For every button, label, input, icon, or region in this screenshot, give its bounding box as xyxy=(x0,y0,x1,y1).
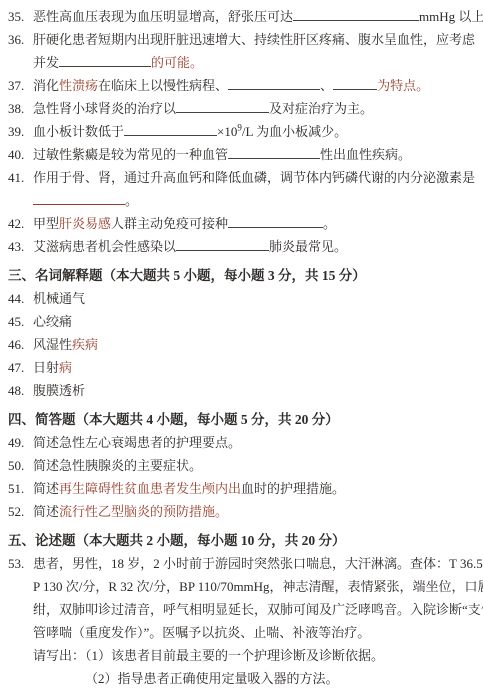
question-line: 36.肝硬化患者短期内出现肝脏迅速增大、持续性肝区疼痛、腹水呈血性，应考虑 xyxy=(0,28,483,51)
question-number: 37. xyxy=(8,74,33,97)
text-segment: 简述 xyxy=(33,481,59,496)
blank-field xyxy=(228,77,320,90)
question-number: 52. xyxy=(8,500,33,523)
blank-field xyxy=(176,238,269,251)
question-line: 并发的可能。 xyxy=(0,51,483,74)
question-number: 42. xyxy=(8,212,33,235)
text-segment: 过敏性紫癜是较为常见的一种血管 xyxy=(33,147,228,162)
question-number: 45. xyxy=(8,310,33,333)
text-segment: 心绞痛 xyxy=(33,314,72,329)
question-line: 37.消化性溃疡在临床上以慢性病程、、为特点。 xyxy=(0,74,483,97)
text-segment: P 130 次/分，R 32 次/分，BP 110/70mmHg，神志清醒，表情… xyxy=(33,579,483,594)
text-segment: 再生障碍性贫血患者发生颅内出 xyxy=(59,481,241,496)
blank-field xyxy=(124,123,217,136)
section-header: 五、论述题（本大题共 2 小题，每小题 10 分，共 20 分） xyxy=(0,529,483,552)
text-segment: 的可能。 xyxy=(151,55,203,70)
question-line: 绀，双肺叩诊过清音，呼气相明显延长，双肺可闻及广泛哮鸣音。入院诊断“支气 xyxy=(0,598,483,621)
blank-field xyxy=(33,192,125,205)
text-segment: 请写出：（1）该患者目前最主要的一个护理诊断及诊断依据。 xyxy=(33,648,384,663)
blank-field xyxy=(59,54,151,67)
question-number: 49. xyxy=(8,431,33,454)
blank-field xyxy=(228,215,323,228)
question-line: 50.简述急性胰腺炎的主要症状。 xyxy=(0,454,483,477)
text-segment: 恶性高血压表现为血压明显增高，舒张压可达 xyxy=(33,9,293,24)
text-segment: 日射 xyxy=(33,360,59,375)
text-segment: 甲型 xyxy=(33,216,59,231)
text-segment: 。 xyxy=(323,216,336,231)
question-line: 45.心绞痛 xyxy=(0,310,483,333)
text-segment: 腹膜透析 xyxy=(33,383,85,398)
text-segment: 机械通气 xyxy=(33,291,85,306)
text-segment: 肺炎最常见。 xyxy=(269,239,347,254)
blank-field xyxy=(228,146,320,159)
question-line: 47.日射病 xyxy=(0,356,483,379)
blank-field xyxy=(293,8,419,21)
question-number: 36. xyxy=(8,28,33,51)
text-segment: 简述急性左心衰竭患者的护理要点。 xyxy=(33,435,241,450)
text-segment: 简述急性胰腺炎的主要症状。 xyxy=(33,458,202,473)
text-segment: 作用于骨、肾，通过升高血钙和降低血磷，调节体内钙磷代谢的内分泌激素是 xyxy=(33,170,475,185)
section-header: 四、简答题（本大题共 4 小题，每小题 5 分，共 20 分） xyxy=(0,408,483,431)
question-line: 35.恶性高血压表现为血压明显增高，舒张压可达mmHg 以上。 xyxy=(0,5,483,28)
text-segment: 性溃疡 xyxy=(59,78,98,93)
text-segment: 急性肾小球肾炎的治疗以 xyxy=(33,101,176,116)
question-line: 53.患者，男性，18 岁，2 小时前于游园时突然张口喘息，大汗淋漓。查体：T … xyxy=(0,552,483,575)
text-segment: 患者，男性，18 岁，2 小时前于游园时突然张口喘息，大汗淋漓。查体：T 36.… xyxy=(33,556,483,571)
question-line: （2）指导患者正确使用定量吸入器的方法。 xyxy=(0,667,483,690)
text-segment: 简述 xyxy=(33,504,59,519)
question-number: 50. xyxy=(8,454,33,477)
question-number: 41. xyxy=(8,166,33,189)
question-number: 39. xyxy=(8,120,33,143)
text-segment: ×10 xyxy=(217,124,237,139)
question-number: 53. xyxy=(8,552,33,575)
text-segment: 肝硬化患者短期内出现肝脏迅速增大、持续性肝区疼痛、腹水呈血性，应考虑 xyxy=(33,32,475,47)
text-segment: 人群主动免疫可接种 xyxy=(111,216,228,231)
question-number: 47. xyxy=(8,356,33,379)
text-segment: 消化 xyxy=(33,78,59,93)
text-segment: 、 xyxy=(320,78,333,93)
question-line: 46.风湿性疾病 xyxy=(0,333,483,356)
text-segment: 风湿性 xyxy=(33,337,72,352)
question-line: 51.简述再生障碍性贫血患者发生颅内出血时的护理措施。 xyxy=(0,477,483,500)
text-segment: 三、名词解释题（本大题共 5 小题，每小题 3 分，共 15 分） xyxy=(8,268,366,283)
text-segment: 血小板计数低于 xyxy=(33,124,124,139)
text-segment: 病 xyxy=(59,360,72,375)
question-number: 35. xyxy=(8,5,33,28)
question-line: 48.腹膜透析 xyxy=(0,379,483,402)
question-line: 49.简述急性左心衰竭患者的护理要点。 xyxy=(0,431,483,454)
question-number: 44. xyxy=(8,287,33,310)
blank-field xyxy=(333,77,377,90)
text-segment: 血时的护理措施。 xyxy=(241,481,345,496)
text-segment: 艾滋病患者机会性感染以 xyxy=(33,239,176,254)
text-segment: 绀，双肺叩诊过清音，呼气相明显延长，双肺可闻及广泛哮鸣音。入院诊断“支气 xyxy=(33,602,483,617)
question-number: 43. xyxy=(8,235,33,258)
question-line: 52.简述流行性乙型脑炎的预防措施。 xyxy=(0,500,483,523)
question-line: 43.艾滋病患者机会性感染以肺炎最常见。 xyxy=(0,235,483,258)
question-line: 38.急性肾小球肾炎的治疗以及对症治疗为主。 xyxy=(0,97,483,120)
question-line: 39.血小板计数低于×109/L 为血小板减少。 xyxy=(0,120,483,143)
question-number: 48. xyxy=(8,379,33,402)
question-number: 38. xyxy=(8,97,33,120)
text-segment: 性出血性疾病。 xyxy=(320,147,411,162)
text-segment: 五、论述题（本大题共 2 小题，每小题 10 分，共 20 分） xyxy=(8,533,346,548)
question-line: 42.甲型肝炎易感人群主动免疫可接种。 xyxy=(0,212,483,235)
question-line: 管哮喘（重度发作）”。医嘱予以抗炎、止喘、补液等治疗。 xyxy=(0,621,483,644)
exam-paper: 35.恶性高血压表现为血压明显增高，舒张压可达mmHg 以上。36.肝硬化患者短… xyxy=(0,0,483,698)
text-segment: 及对症治疗为主。 xyxy=(269,101,373,116)
text-segment: 并发 xyxy=(33,55,59,70)
section-header: 三、名词解释题（本大题共 5 小题，每小题 3 分，共 15 分） xyxy=(0,264,483,287)
text-segment: 疾病 xyxy=(72,337,98,352)
question-line: 44.机械通气 xyxy=(0,287,483,310)
text-segment: 流行性乙型脑炎的预防措施。 xyxy=(59,504,228,519)
text-segment: 。 xyxy=(125,193,138,208)
text-segment: /L 为血小板减少。 xyxy=(242,124,347,139)
text-segment: 为特点。 xyxy=(377,78,429,93)
question-number: 51. xyxy=(8,477,33,500)
question-line: 请写出：（1）该患者目前最主要的一个护理诊断及诊断依据。 xyxy=(0,644,483,667)
question-line: 。 xyxy=(0,189,483,212)
question-number: 40. xyxy=(8,143,33,166)
text-segment: （2）指导患者正确使用定量吸入器的方法。 xyxy=(85,671,339,686)
blank-field xyxy=(176,100,269,113)
text-segment: 在临床上以慢性病程、 xyxy=(98,78,228,93)
question-line: 40.过敏性紫癜是较为常见的一种血管性出血性疾病。 xyxy=(0,143,483,166)
question-number: 46. xyxy=(8,333,33,356)
question-line: 41.作用于骨、肾，通过升高血钙和降低血磷，调节体内钙磷代谢的内分泌激素是 xyxy=(0,166,483,189)
text-segment: 四、简答题（本大题共 4 小题，每小题 5 分，共 20 分） xyxy=(8,412,339,427)
text-segment: 肝炎易感 xyxy=(59,216,111,231)
question-line: P 130 次/分，R 32 次/分，BP 110/70mmHg，神志清醒，表情… xyxy=(0,575,483,598)
text-segment: 管哮喘（重度发作）”。医嘱予以抗炎、止喘、补液等治疗。 xyxy=(33,625,370,640)
text-segment: mmHg 以上。 xyxy=(419,9,483,24)
